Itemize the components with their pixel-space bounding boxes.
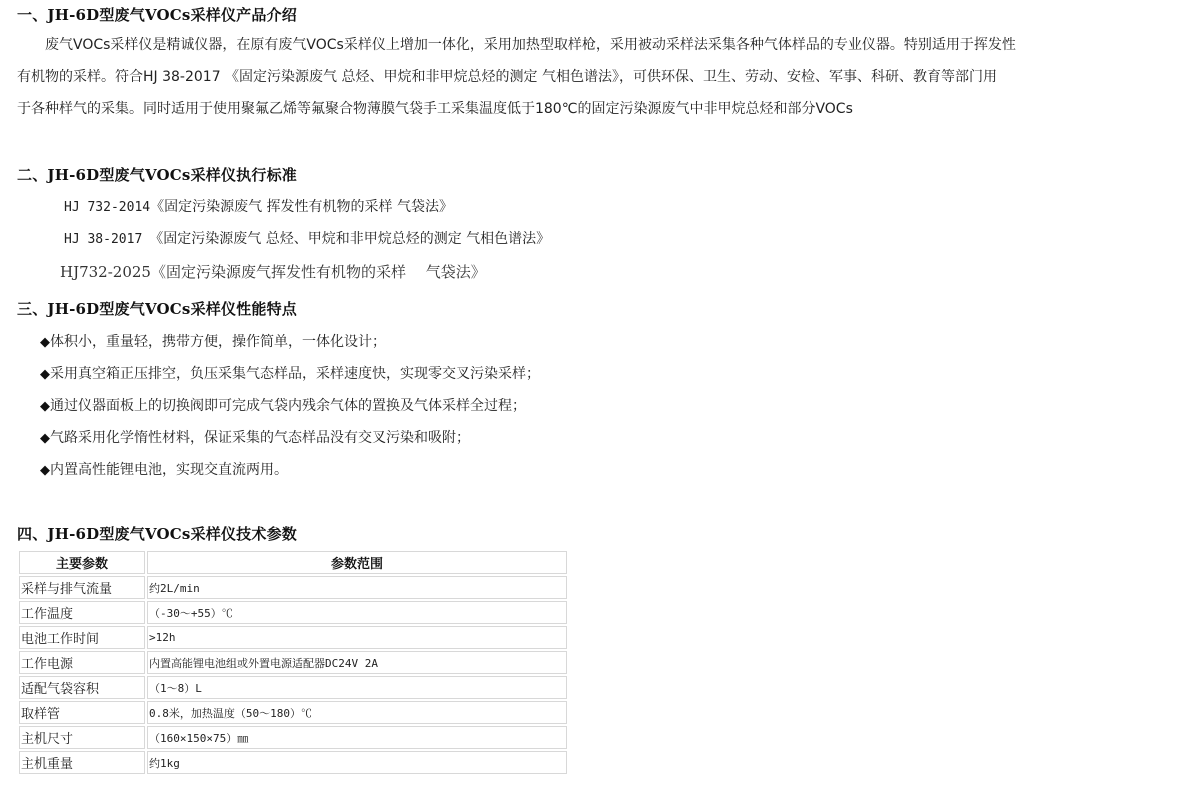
feature-text: 内置高性能锂电池，实现交直流两用。 (50, 462, 288, 478)
diamond-bullet-icon: ◆ (40, 431, 50, 446)
feature-item: ◆内置高性能锂电池，实现交直流两用。 (40, 459, 288, 479)
param-name: 工作电源 (19, 651, 145, 674)
intro-line: 废气VOCs采样仪是精诚仪器，在原有废气VOCs采样仪上增加一体化，采用加热型取… (17, 29, 1167, 61)
spec-table: 主要参数 参数范围 采样与排气流量 约2L/min 工作温度 （-30～+55）… (17, 549, 569, 776)
table-row: 主机尺寸 （160×150×75）㎜ (19, 726, 567, 749)
param-name: 适配气袋容积 (19, 676, 145, 699)
param-name: 工作温度 (19, 601, 145, 624)
param-value: （160×150×75）㎜ (147, 726, 567, 749)
diamond-bullet-icon: ◆ (40, 463, 50, 478)
standard-code: HJ 38-2017 (64, 232, 142, 247)
param-value: 0.8米，加热温度（50～180）℃ (147, 701, 567, 724)
section-heading-standards: 二、JH-6D型废气VOCs采样仪执行标准 (17, 164, 297, 185)
table-row: 采样与排气流量 约2L/min (19, 576, 567, 599)
diamond-bullet-icon: ◆ (40, 367, 50, 382)
feature-item: ◆通过仪器面板上的切换阀即可完成气袋内残余气体的置换及气体采样全过程； (40, 395, 526, 415)
table-row: 取样管 0.8米，加热温度（50～180）℃ (19, 701, 567, 724)
column-header: 主要参数 (19, 551, 145, 574)
feature-item: ◆气路采用化学惰性材料，保证采集的气态样品没有交叉污染和吸附； (40, 427, 470, 447)
feature-item: ◆体积小，重量轻，携带方便，操作简单，一体化设计； (40, 331, 386, 351)
section-heading-intro: 一、JH-6D型废气VOCs采样仪产品介绍 (17, 4, 297, 25)
diamond-bullet-icon: ◆ (40, 399, 50, 414)
param-value: （1～8）L (147, 676, 567, 699)
feature-text: 通过仪器面板上的切换阀即可完成气袋内残余气体的置换及气体采样全过程； (50, 398, 526, 414)
param-value: （-30～+55）℃ (147, 601, 567, 624)
param-value: >12h (147, 626, 567, 649)
table-row: 适配气袋容积 （1～8）L (19, 676, 567, 699)
standard-code: HJ 732-2014 (64, 200, 150, 215)
intro-paragraph: 废气VOCs采样仪是精诚仪器，在原有废气VOCs采样仪上增加一体化，采用加热型取… (17, 29, 1167, 125)
section-heading-specs: 四、JH-6D型废气VOCs采样仪技术参数 (17, 523, 297, 544)
standard-item: HJ732-2025《固定污染源废气挥发性有机物的采样 气袋法》 (60, 261, 486, 282)
table-row: 主机重量 约1kg (19, 751, 567, 774)
standard-item: HJ 732-2014《固定污染源废气 挥发性有机物的采样 气袋法》 (64, 196, 453, 216)
param-name: 电池工作时间 (19, 626, 145, 649)
intro-line: 有机物的采样。符合HJ 38-2017 《固定污染源废气 总烃、甲烷和非甲烷总烃… (17, 61, 1167, 93)
standard-title: 《固定污染源废气挥发性有机物的采样 气袋法》 (151, 263, 486, 281)
table-row: 工作电源 内置高能锂电池组或外置电源适配器DC24V 2A (19, 651, 567, 674)
feature-item: ◆采用真空箱正压排空，负压采集气态样品，采样速度快，实现零交叉污染采样； (40, 363, 540, 383)
param-value: 约2L/min (147, 576, 567, 599)
param-name: 主机重量 (19, 751, 145, 774)
param-value: 内置高能锂电池组或外置电源适配器DC24V 2A (147, 651, 567, 674)
diamond-bullet-icon: ◆ (40, 335, 50, 350)
feature-text: 采用真空箱正压排空，负压采集气态样品，采样速度快，实现零交叉污染采样； (50, 366, 540, 382)
intro-line: 于各种样气的采集。同时适用于使用聚氟乙烯等氟聚合物薄膜气袋手工采集温度低于180… (17, 93, 1167, 125)
standard-item: HJ 38-2017 《固定污染源废气 总烃、甲烷和非甲烷总烃的测定 气相色谱法… (64, 228, 550, 248)
standard-title: 《固定污染源废气 挥发性有机物的采样 气袋法》 (150, 199, 453, 215)
param-name: 主机尺寸 (19, 726, 145, 749)
standard-code: HJ732-2025 (60, 263, 151, 281)
section-heading-features: 三、JH-6D型废气VOCs采样仪性能特点 (17, 298, 297, 319)
table-row: 电池工作时间 >12h (19, 626, 567, 649)
feature-text: 气路采用化学惰性材料，保证采集的气态样品没有交叉污染和吸附； (50, 430, 470, 446)
param-name: 取样管 (19, 701, 145, 724)
param-name: 采样与排气流量 (19, 576, 145, 599)
table-header-row: 主要参数 参数范围 (19, 551, 567, 574)
table-row: 工作温度 （-30～+55）℃ (19, 601, 567, 624)
column-header: 参数范围 (147, 551, 567, 574)
param-value: 约1kg (147, 751, 567, 774)
feature-text: 体积小，重量轻，携带方便，操作简单，一体化设计； (50, 334, 386, 350)
standard-title: 《固定污染源废气 总烃、甲烷和非甲烷总烃的测定 气相色谱法》 (142, 231, 550, 247)
